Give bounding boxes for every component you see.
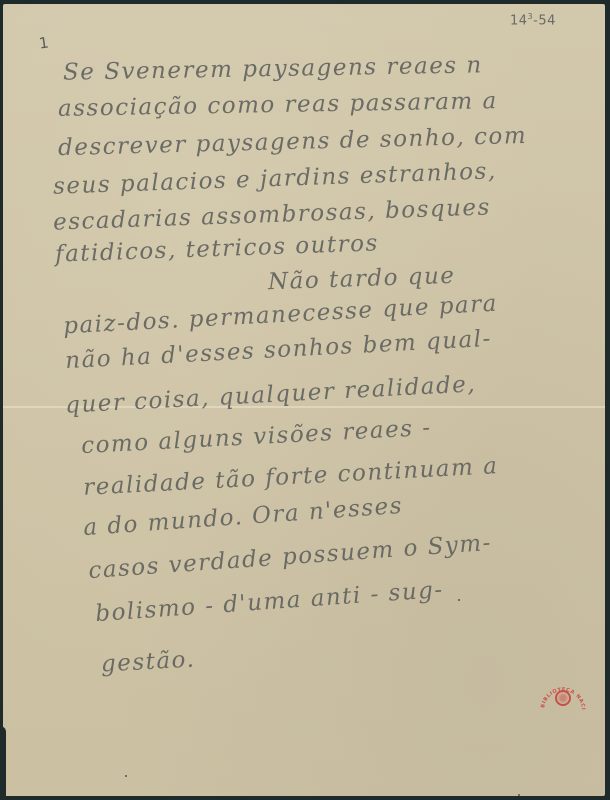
shelfmark-main: 14 — [510, 13, 528, 28]
handwritten-line: associação como reas passaram a — [58, 88, 498, 122]
library-stamp: BIBLIOTECA NACIONAL — [538, 674, 588, 718]
manuscript-page: 1 143-54 Se Svenerem paysagens reaes n a… — [3, 4, 605, 796]
handwritten-line: escadarias assombrosas, bosques — [53, 194, 492, 235]
handwritten-line: descrever paysagens de sonho, com — [58, 123, 528, 161]
handwritten-line: bolismo - d'uma anti - sug- — [95, 577, 445, 627]
handwritten-line: casos verdade possuem o Sym- — [88, 530, 493, 584]
handwritten-line: como alguns visões reaes - — [81, 415, 433, 459]
handwritten-line: Se Svenerem paysagens reaes n — [63, 52, 483, 85]
handwritten-line: fatidicos, tetricos outros — [55, 230, 380, 267]
handwritten-line: seus palacios e jardins estranhos, — [53, 158, 497, 199]
handwritten-line: a do mundo. Ora n'esses — [82, 493, 403, 541]
paper-speck — [125, 775, 127, 777]
handwritten-line: quer coisa, qualquer realidade, — [65, 371, 477, 418]
shelfmark: 143-54 — [510, 12, 556, 28]
handwritten-line: realidade tão forte continuam a — [83, 453, 499, 501]
stamp-seal-icon — [555, 690, 571, 706]
handwritten-line: gestão. — [100, 647, 196, 678]
paper-speck — [458, 599, 460, 601]
paper-speck — [518, 794, 520, 796]
page-number: 1 — [38, 33, 50, 52]
handwritten-line: Não tardo que — [268, 263, 456, 296]
shelfmark-suffix: -54 — [533, 13, 556, 28]
